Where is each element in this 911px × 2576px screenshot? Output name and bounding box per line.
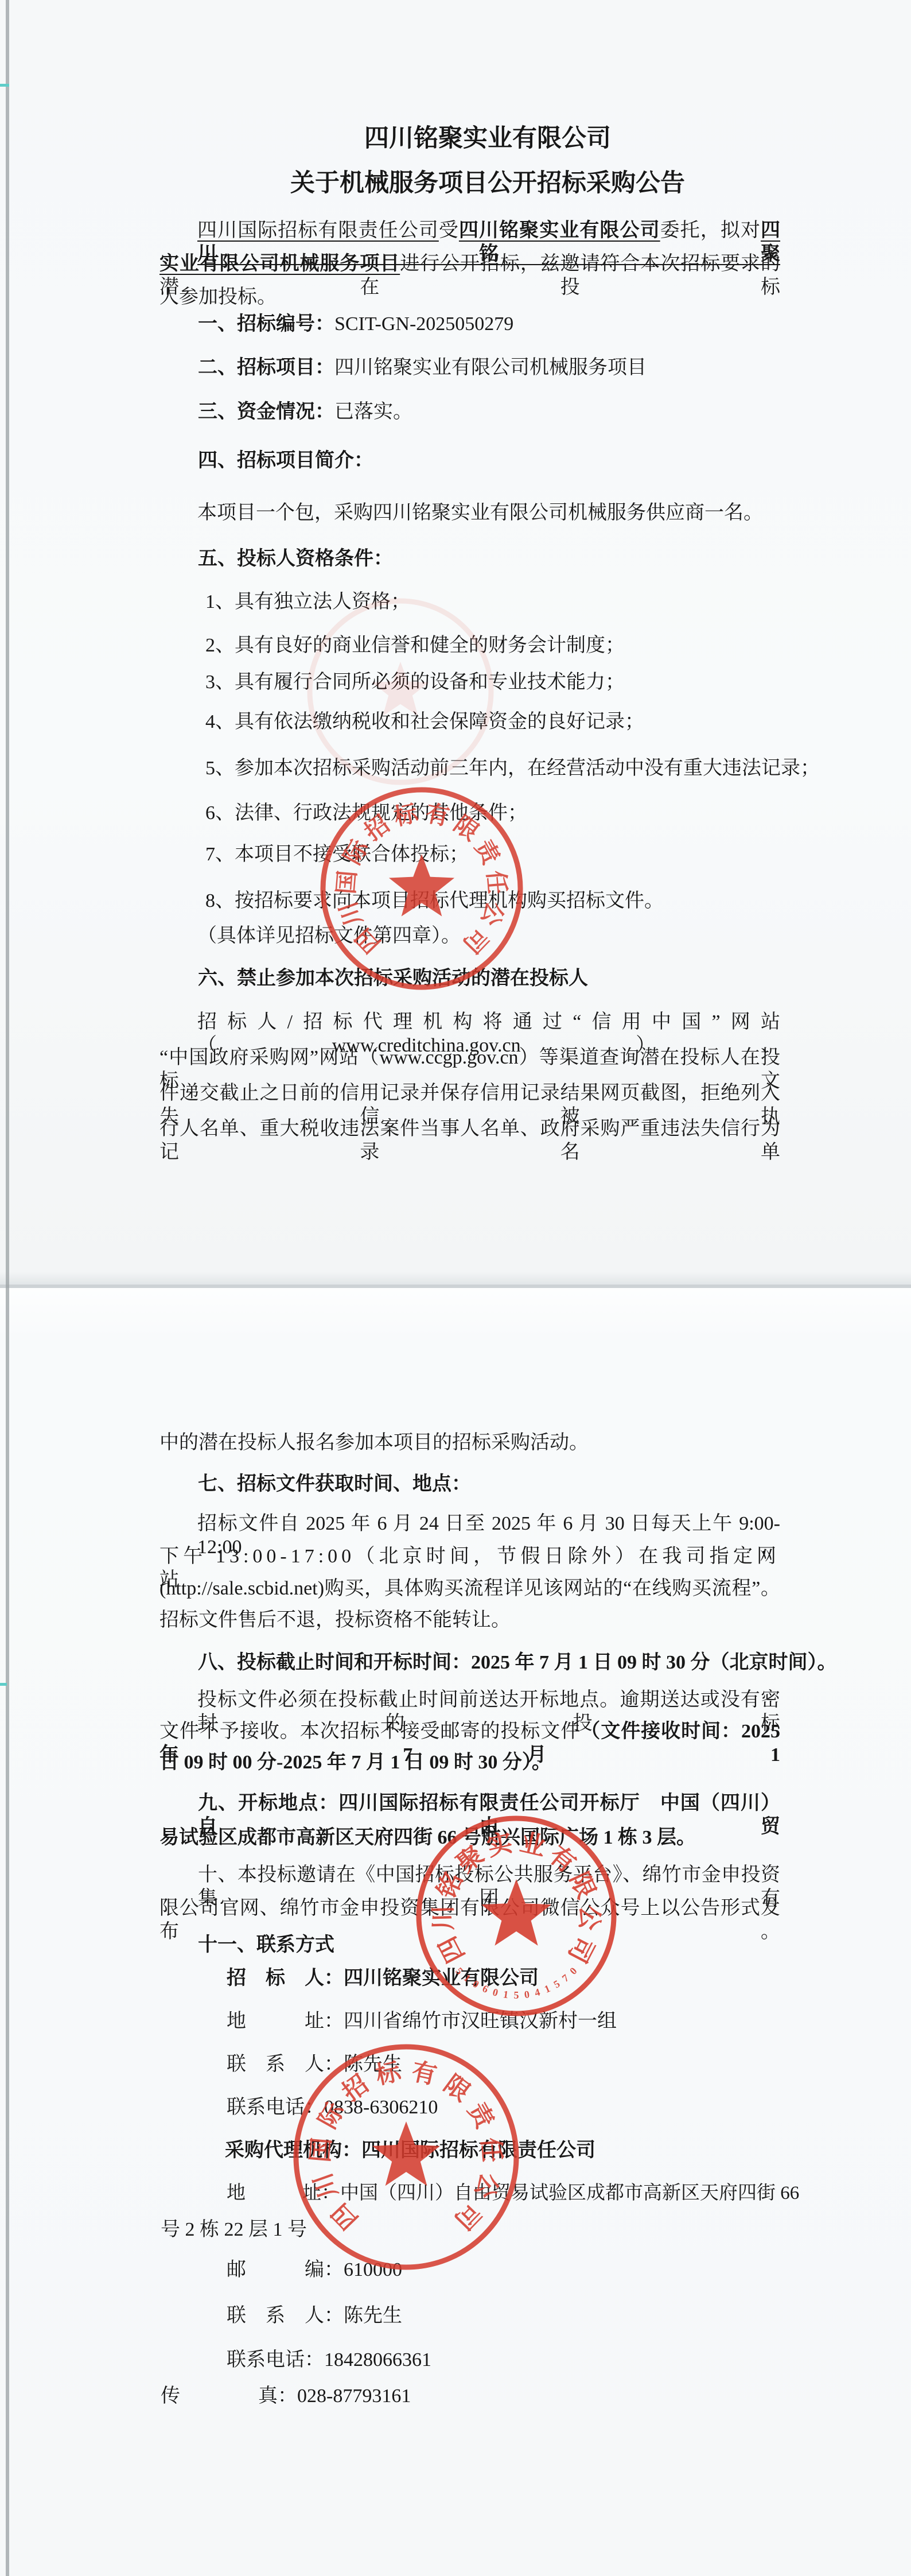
intro-line-3: 人参加投标。 — [159, 285, 277, 309]
qual-5: 5、参加本次招标采购活动前三年内，在经营活动中没有重大违法记录； — [205, 756, 820, 780]
item-4-brief-body: 本项目一个包，采购四川铭聚实业有限公司机械服务供应商一名。 — [197, 501, 763, 525]
qual-8: 8、按招标要求向本项目招标代理机构购买招标文件。 — [205, 889, 664, 913]
contact-phone-2: 联系电话：18428066361 — [227, 2348, 431, 2372]
qual-note: （具体详见招标文件第四章）。 — [197, 924, 461, 948]
item-8-deadline: 八、投标截止时间和开标时间：2025 年 7 月 1 日 09 时 30 分（北… — [198, 1651, 837, 1674]
contact-fax: 传 真：028-87793161 — [161, 2384, 411, 2408]
contact-agency: 采购代理机构：四川国际招标有限责任公司 — [225, 2139, 595, 2162]
item-6-para-5-continuation: 中的潜在投标人报名参加本项目的招标采购活动。 — [159, 1431, 589, 1454]
qual-4: 4、具有依法缴纳税收和社会保障资金的良好记录； — [205, 710, 644, 734]
item-6-para-4: 行人名单、重大税收违法案件当事人名单、政府采购严重违法失信行为记录名单 — [159, 1117, 780, 1165]
contact-phone-1: 联系电话：0838-6306210 — [227, 2096, 438, 2119]
qual-1: 1、具有独立法人资格； — [205, 590, 410, 614]
item-2-tender-project-run: 二、招标项目： — [198, 357, 334, 378]
contact-person-1: 联 系 人：陈先生 — [227, 2053, 402, 2076]
item-3-funding-run: 已落实。 — [334, 401, 412, 422]
item-7-para-4: 招标文件售后不退，投标资格不能转让。 — [159, 1608, 511, 1632]
title-company: 四川铭聚实业有限公司 — [161, 124, 815, 154]
page-separator — [0, 1285, 911, 1288]
item-3-funding-run: 三、资金情况： — [198, 401, 334, 422]
item-5-qualifications-heading: 五、投标人资格条件： — [198, 547, 393, 571]
qual-3: 3、具有履行合同所必须的设备和专业技术能力； — [205, 670, 625, 694]
item-6-heading: 六、禁止参加本次招标采购活动的潜在投标人 — [198, 967, 588, 990]
intro-line-1-run: 受 — [439, 220, 459, 241]
item-1-tender-number-run: SCIT-GN-2025050279 — [334, 313, 513, 335]
scanner-artifact-tick — [0, 84, 9, 87]
scanner-edge-line — [6, 0, 9, 2576]
scanner-artifact-tick — [0, 1683, 7, 1686]
contact-address-1: 地 址：四川省绵竹市汉旺镇汉新村一组 — [227, 2009, 617, 2033]
scanned-document: 四川铭聚实业有限公司关于机械服务项目公开招标采购公告四川国际招标有限责任公司受四… — [0, 0, 911, 2576]
item-7-heading: 七、招标文件获取时间、地点： — [198, 1472, 471, 1496]
contact-address-2b: 号 2 栋 22 层 1 号 — [161, 2218, 307, 2241]
qual-2: 2、具有良好的商业信誉和健全的财务会计制度； — [205, 634, 625, 657]
item-1-tender-number: 一、招标编号：SCIT-GN-2025050279 — [198, 312, 513, 336]
intro-line-1-run: 四川铭聚实业有限公司 — [459, 220, 660, 241]
contact-address-2a: 地 址：中国（四川）自由贸易试验区成都市高新区天府四街 66 — [227, 2182, 799, 2205]
item-8-para-2-run: 文件不予接收。本次招标不接受邮寄的投标文件 — [159, 1721, 581, 1742]
intro-line-1-run: 委托，拟对 — [660, 220, 761, 241]
intro-line-1-run: 四川国际招标有限责任公司 — [197, 220, 439, 241]
item-9-venue-2: 易试验区成都市高新区天府四街 66 号航兴国际广场 1 栋 3 层。 — [159, 1826, 696, 1849]
item-3-funding: 三、资金情况：已落实。 — [198, 400, 412, 424]
title-subject: 关于机械服务项目公开招标采购公告 — [161, 169, 815, 199]
item-2-tender-project: 二、招标项目：四川铭聚实业有限公司机械服务项目 — [198, 356, 647, 379]
intro-line-2-run: 实业有限公司机械服务项目 — [159, 253, 400, 274]
item-1-tender-number-run: 一、招标编号： — [198, 313, 334, 335]
qual-6: 6、法律、行政法规规定的其他条件； — [205, 801, 527, 825]
item-11-contact-heading: 十一、联系方式 — [198, 1933, 334, 1957]
contact-person-2: 联 系 人：陈先生 — [227, 2304, 402, 2327]
item-8-para-3: 日 09 时 00 分-2025 年 7 月 1 日 09 时 30 分）。 — [159, 1751, 551, 1774]
item-2-tender-project-run: 四川铭聚实业有限公司机械服务项目 — [334, 357, 647, 378]
contact-tenderer: 招 标 人：四川铭聚实业有限公司 — [227, 1966, 539, 1990]
contact-postcode: 邮 编：610000 — [227, 2258, 402, 2282]
item-4-brief-heading: 四、招标项目简介： — [198, 449, 373, 472]
item-7-para-3: (http://sale.scbid.net)购买，具体购买流程详见该网站的“在… — [159, 1577, 780, 1600]
qual-7: 7、本项目不接受联合体投标； — [205, 843, 469, 866]
